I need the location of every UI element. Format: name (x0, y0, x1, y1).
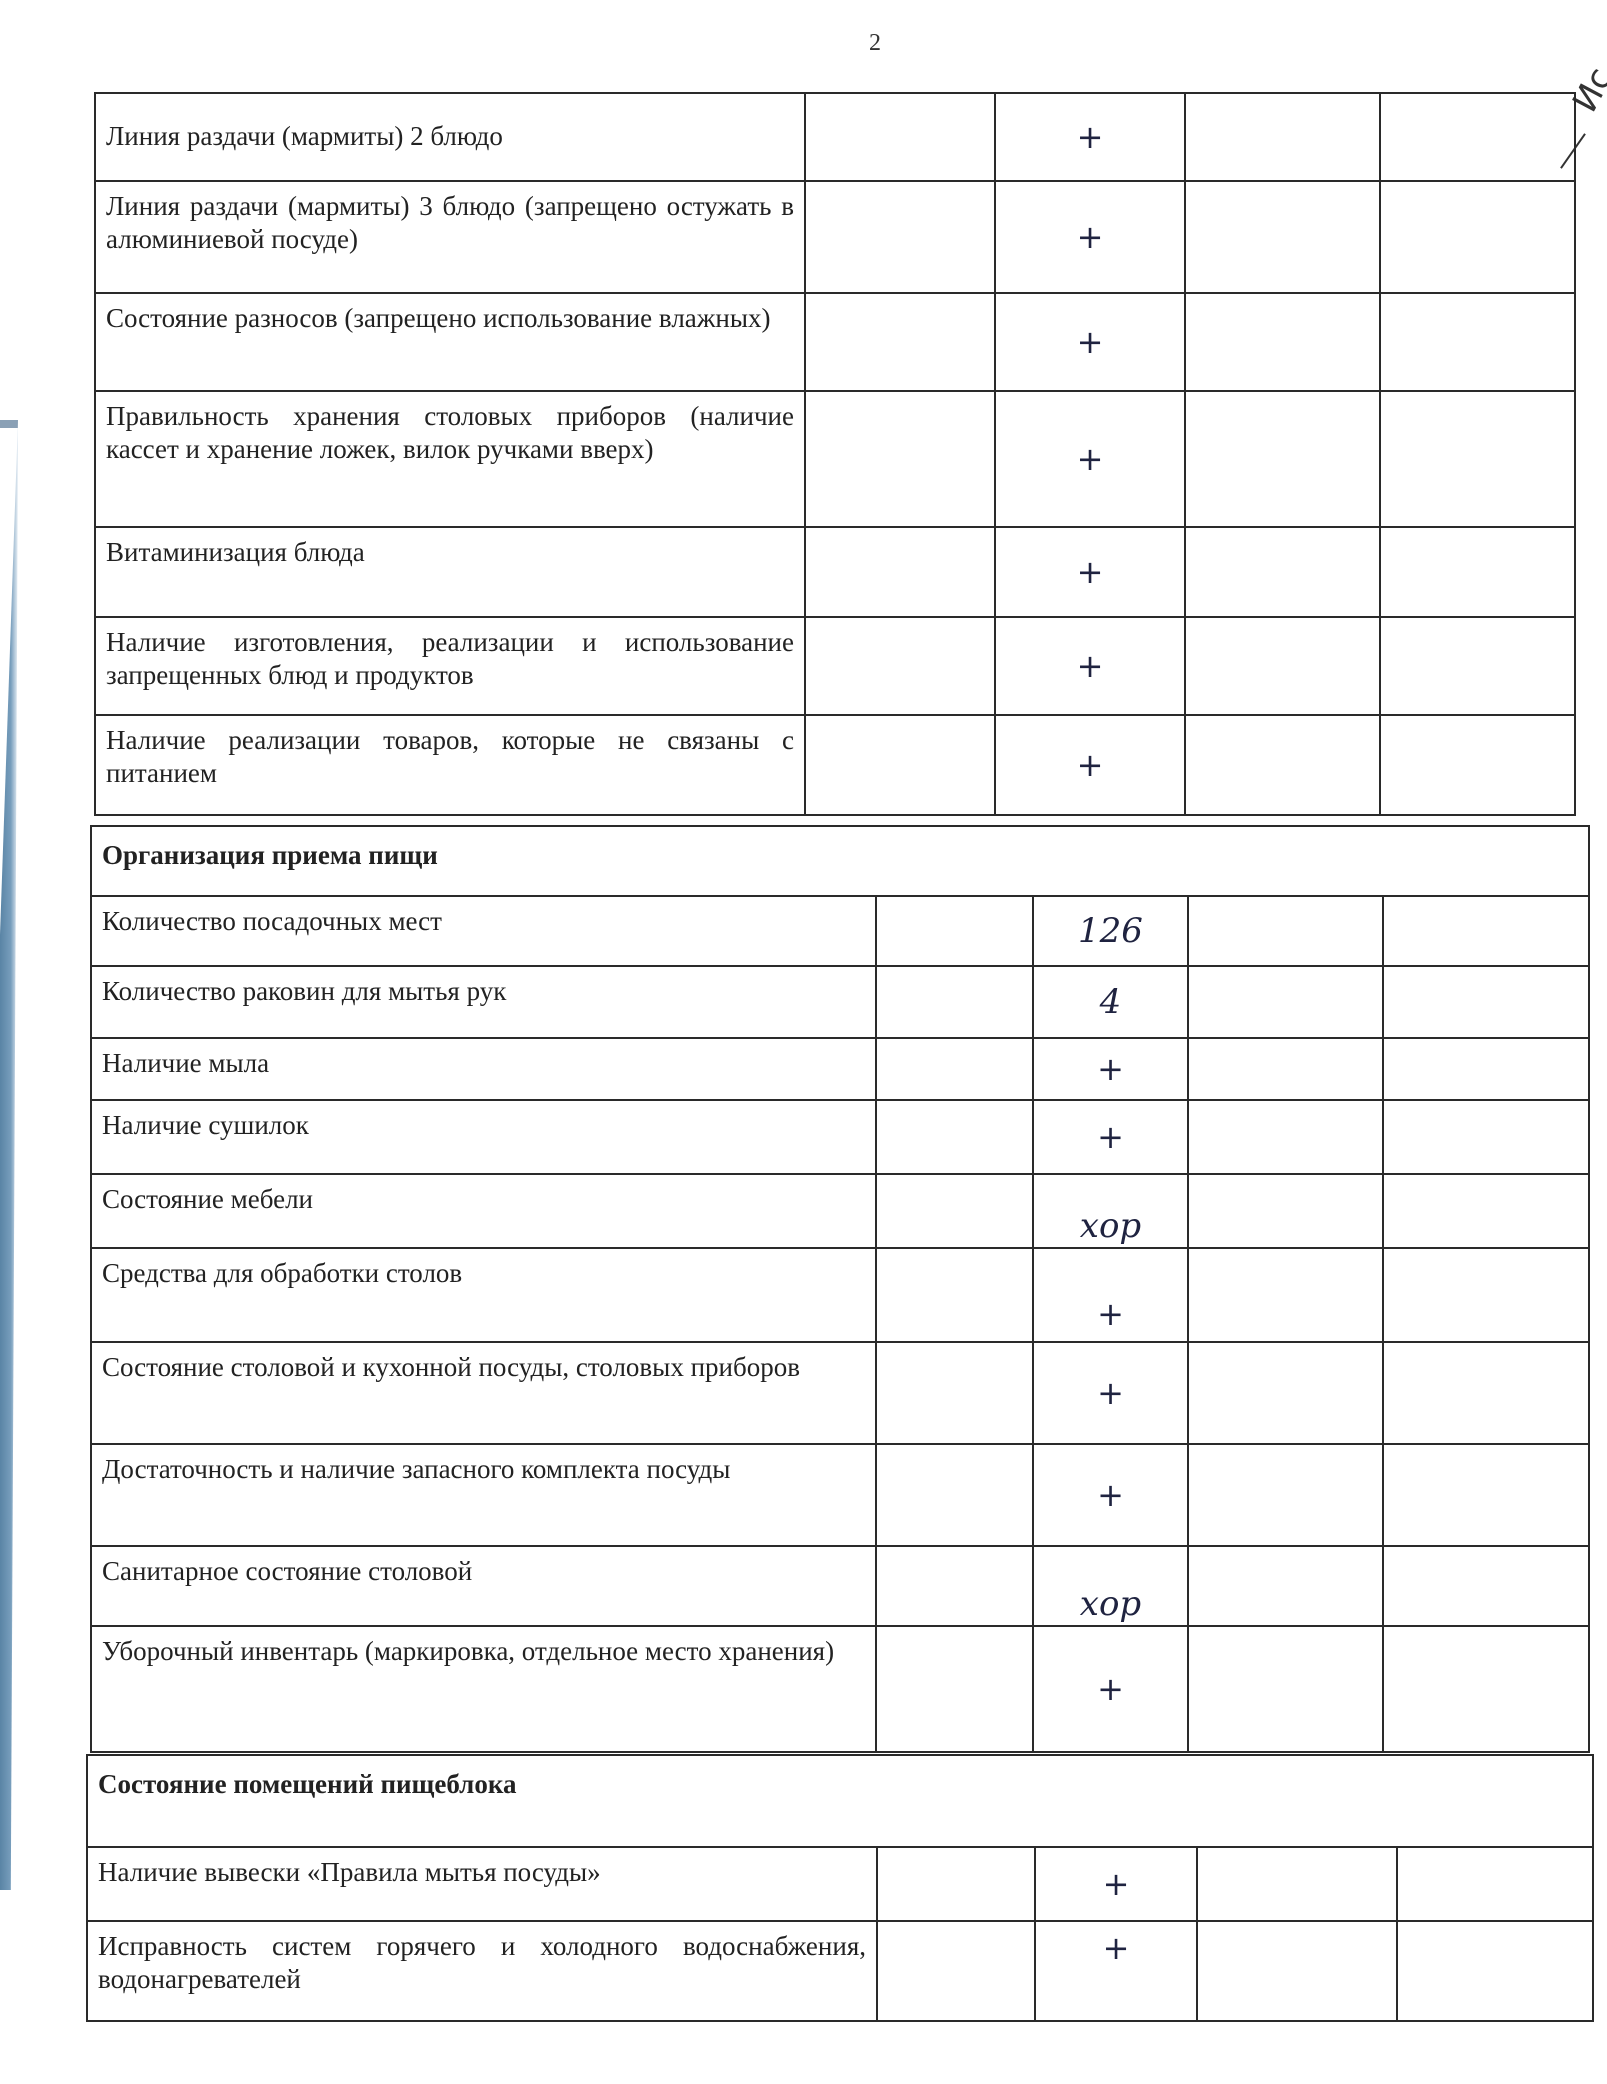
table-row: Достаточность и наличие запасного компле… (91, 1444, 1589, 1546)
table-row: Линия раздачи (мармиты) 3 блюдо (запреще… (95, 181, 1575, 293)
value-cell-col2[interactable] (805, 715, 995, 815)
criterion-cell: Состояние мебели (91, 1174, 876, 1248)
premises-condition-table: Состояние помещений пищеблока Наличие вы… (86, 1754, 1594, 2022)
criterion-cell: Исправность систем горячего и холодного … (87, 1921, 877, 2021)
value-cell-col5[interactable] (1383, 1100, 1589, 1174)
table-row: Наличие вывески «Правила мытья посуды» + (87, 1847, 1593, 1921)
table-row: Правильность хранения столовых приборов … (95, 391, 1575, 527)
value-cell-col4[interactable] (1185, 181, 1380, 293)
value-cell-col2[interactable] (876, 1038, 1033, 1100)
value-cell-col5[interactable] (1380, 93, 1575, 181)
value-cell-col5[interactable] (1397, 1921, 1593, 2021)
criterion-cell: Линия раздачи (мармиты) 2 блюдо (95, 93, 805, 181)
value-cell-col2[interactable] (876, 966, 1033, 1038)
value-cell-col5[interactable] (1383, 896, 1589, 966)
value-cell-col2[interactable] (876, 1546, 1033, 1626)
value-cell-col5[interactable] (1383, 1248, 1589, 1342)
table-body: Состояние помещений пищеблока Наличие вы… (87, 1755, 1593, 2021)
criterion-cell: Уборочный инвентарь (маркировка, отдельн… (91, 1626, 876, 1752)
table-row: Средства для обработки столов + (91, 1248, 1589, 1342)
table-row: Санитарное состояние столовой хор (91, 1546, 1589, 1626)
value-cell-col3[interactable]: 126 (1033, 896, 1188, 966)
value-cell-col3[interactable]: + (995, 715, 1185, 815)
section-title-premises: Состояние помещений пищеблока (87, 1755, 1593, 1847)
value-cell-col3[interactable]: + (995, 181, 1185, 293)
criterion-cell: Количество посадочных мест (91, 896, 876, 966)
criterion-cell: Наличие сушилок (91, 1100, 876, 1174)
section-header-row: Состояние помещений пищеблока (87, 1755, 1593, 1847)
value-cell-col4[interactable] (1188, 896, 1383, 966)
table-row: Состояние мебели хор (91, 1174, 1589, 1248)
value-cell-col5[interactable] (1397, 1847, 1593, 1921)
value-cell-col5[interactable] (1383, 1038, 1589, 1100)
value-cell-col5[interactable] (1383, 1342, 1589, 1444)
value-cell-col3[interactable]: + (1033, 1342, 1188, 1444)
value-cell-col3[interactable]: + (1035, 1921, 1197, 2021)
value-cell-col2[interactable] (805, 93, 995, 181)
value-cell-col5[interactable] (1380, 617, 1575, 715)
value-cell-col4[interactable] (1185, 391, 1380, 527)
criterion-cell: Наличие мыла (91, 1038, 876, 1100)
value-cell-col2[interactable] (805, 527, 995, 617)
value-cell-col2[interactable] (805, 293, 995, 391)
criterion-cell: Количество раковин для мытья рук (91, 966, 876, 1038)
value-cell-col4[interactable] (1197, 1921, 1397, 2021)
value-cell-col3[interactable]: 4 (1033, 966, 1188, 1038)
criterion-cell: Средства для обработки столов (91, 1248, 876, 1342)
value-cell-col4[interactable] (1188, 1038, 1383, 1100)
value-cell-col4[interactable] (1185, 293, 1380, 391)
value-cell-col4[interactable] (1188, 1444, 1383, 1546)
value-cell-col4[interactable] (1188, 1342, 1383, 1444)
table-row: Наличие изготовления, реализации и испол… (95, 617, 1575, 715)
value-cell-col2[interactable] (876, 1342, 1033, 1444)
criterion-cell: Линия раздачи (мармиты) 3 блюдо (запреще… (95, 181, 805, 293)
table-row: Витаминизация блюда + (95, 527, 1575, 617)
value-cell-col4[interactable] (1188, 1546, 1383, 1626)
meal-organization-table: Организация приема пищи Количество посад… (90, 825, 1590, 1753)
value-cell-col5[interactable] (1380, 181, 1575, 293)
value-cell-col3[interactable]: + (1035, 1847, 1197, 1921)
value-cell-col4[interactable] (1185, 617, 1380, 715)
value-cell-col5[interactable] (1380, 293, 1575, 391)
criterion-cell: Состояние разносов (запрещено использова… (95, 293, 805, 391)
section-header-row: Организация приема пищи (91, 826, 1589, 896)
table-row: Состояние разносов (запрещено использова… (95, 293, 1575, 391)
value-cell-col5[interactable] (1383, 1546, 1589, 1626)
criterion-cell: Состояние столовой и кухонной посуды, ст… (91, 1342, 876, 1444)
table-row: Исправность систем горячего и холодного … (87, 1921, 1593, 2021)
criterion-cell: Наличие вывески «Правила мытья посуды» (87, 1847, 877, 1921)
criterion-cell: Правильность хранения столовых приборов … (95, 391, 805, 527)
table-row: Линия раздачи (мармиты) 2 блюдо + (95, 93, 1575, 181)
value-cell-col2[interactable] (877, 1847, 1035, 1921)
value-cell-col3[interactable]: + (995, 391, 1185, 527)
value-cell-col3[interactable]: + (1033, 1444, 1188, 1546)
table-body: Линия раздачи (мармиты) 2 блюдо + Линия … (95, 93, 1575, 815)
value-cell-col2[interactable] (876, 1174, 1033, 1248)
value-cell-col3[interactable]: хор (1033, 1546, 1188, 1626)
value-cell-col3[interactable]: + (995, 293, 1185, 391)
value-cell-col4[interactable] (1185, 93, 1380, 181)
value-cell-col3[interactable]: + (1033, 1100, 1188, 1174)
page-number: 2 (0, 30, 1607, 57)
value-cell-col3[interactable]: + (1033, 1248, 1188, 1342)
criterion-cell: Достаточность и наличие запасного компле… (91, 1444, 876, 1546)
value-cell-col2[interactable] (805, 181, 995, 293)
table-row: Наличие мыла + (91, 1038, 1589, 1100)
value-cell-col4[interactable] (1188, 1174, 1383, 1248)
scanner-binding-strip (0, 420, 18, 1890)
value-cell-col2[interactable] (876, 1100, 1033, 1174)
value-cell-col4[interactable] (1188, 1100, 1383, 1174)
table-body: Организация приема пищи Количество посад… (91, 826, 1589, 1752)
value-cell-col3[interactable]: + (995, 617, 1185, 715)
value-cell-col5[interactable] (1380, 527, 1575, 617)
table-row: Количество раковин для мытья рук 4 (91, 966, 1589, 1038)
value-cell-col4[interactable] (1188, 1626, 1383, 1752)
value-cell-col5[interactable] (1383, 1444, 1589, 1546)
value-cell-col4[interactable] (1188, 966, 1383, 1038)
value-cell-col2[interactable] (876, 1626, 1033, 1752)
value-cell-col2[interactable] (876, 896, 1033, 966)
criterion-cell: Наличие реализации товаров, которые не с… (95, 715, 805, 815)
criterion-cell: Витаминизация блюда (95, 527, 805, 617)
value-cell-col5[interactable] (1380, 391, 1575, 527)
value-cell-col5[interactable] (1383, 1174, 1589, 1248)
value-cell-col2[interactable] (877, 1921, 1035, 2021)
value-cell-col4[interactable] (1185, 715, 1380, 815)
table-row: Уборочный инвентарь (маркировка, отдельн… (91, 1626, 1589, 1752)
scanner-binding-edge (0, 420, 18, 428)
value-cell-col2[interactable] (805, 617, 995, 715)
criterion-cell: Наличие изготовления, реализации и испол… (95, 617, 805, 715)
value-cell-col3[interactable]: + (995, 93, 1185, 181)
table-row: Состояние столовой и кухонной посуды, ст… (91, 1342, 1589, 1444)
section-title-meal-organization: Организация приема пищи (91, 826, 1589, 896)
table-row: Количество посадочных мест 126 (91, 896, 1589, 966)
value-cell-col5[interactable] (1383, 966, 1589, 1038)
value-cell-col3[interactable]: + (1033, 1038, 1188, 1100)
value-cell-col2[interactable] (805, 391, 995, 527)
criterion-cell: Санитарное состояние столовой (91, 1546, 876, 1626)
table-row: Наличие реализации товаров, которые не с… (95, 715, 1575, 815)
value-cell-col2[interactable] (876, 1444, 1033, 1546)
value-cell-col3[interactable]: + (1033, 1626, 1188, 1752)
value-cell-col4[interactable] (1197, 1847, 1397, 1921)
value-cell-col3[interactable]: хор (1033, 1174, 1188, 1248)
value-cell-col3[interactable]: + (995, 527, 1185, 617)
value-cell-col4[interactable] (1185, 527, 1380, 617)
value-cell-col5[interactable] (1380, 715, 1575, 815)
value-cell-col2[interactable] (876, 1248, 1033, 1342)
table-row: Наличие сушилок + (91, 1100, 1589, 1174)
value-cell-col4[interactable] (1188, 1248, 1383, 1342)
inspection-table-continuation: Линия раздачи (мармиты) 2 блюдо + Линия … (94, 92, 1576, 816)
value-cell-col5[interactable] (1383, 1626, 1589, 1752)
